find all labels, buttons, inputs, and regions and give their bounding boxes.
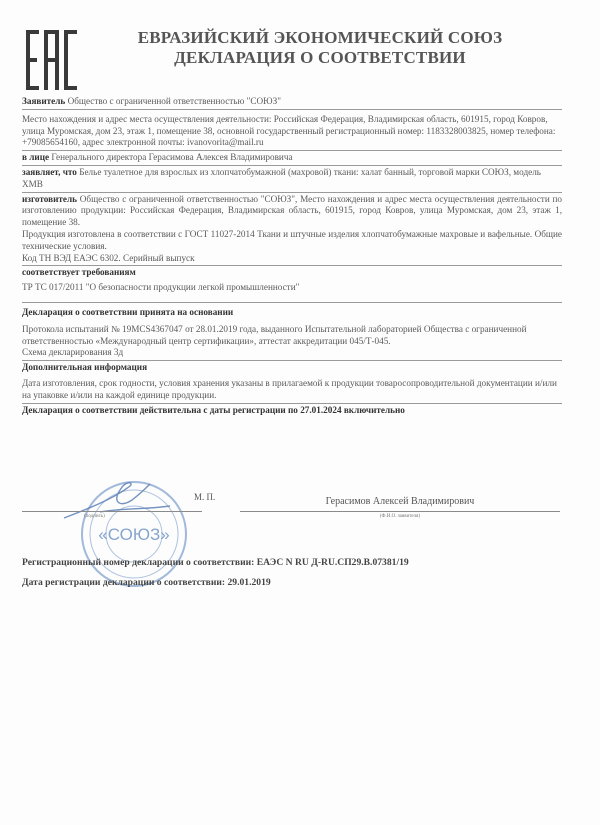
validity-row: Декларация о соответствии действительна … — [22, 404, 562, 418]
registration-date: Дата регистрации декларации о соответств… — [22, 577, 271, 588]
declaration-page: ЕВРАЗИЙСКИЙ ЭКОНОМИЧЕСКИЙ СОЮЗ ДЕКЛАРАЦИ… — [0, 0, 600, 825]
complies-value: ТР ТС 017/2011 "О безопасности продукции… — [22, 282, 299, 292]
additional-title-row: Дополнительная информация — [22, 361, 562, 375]
basis-title-row: Декларация о соответствии принята на осн… — [22, 303, 562, 320]
header-declaration: ДЕКЛАРАЦИЯ О СООТВЕТСТВИИ — [120, 48, 520, 68]
basis-title: Декларация о соответствии принята на осн… — [22, 307, 233, 317]
header-union: ЕВРАЗИЙСКИЙ ЭКОНОМИЧЕСКИЙ СОЮЗ — [120, 28, 520, 48]
signature-line — [22, 511, 202, 512]
handwritten-signature-icon — [60, 478, 180, 522]
manufacturer-standard: Продукция изготовлена в соответствии с Г… — [22, 229, 562, 253]
represented-value: Генерального директора Герасимова Алексе… — [51, 152, 292, 162]
basis-value: Протокола испытаний № 19MCS4367047 от 28… — [22, 324, 562, 348]
seal-place-label: М. П. — [194, 492, 215, 502]
represented-label: в лице — [22, 152, 49, 162]
applicant-address-row: Место нахождения и адрес места осуществл… — [22, 110, 562, 151]
basis-row: Протокола испытаний № 19MCS4367047 от 28… — [22, 320, 562, 361]
additional-title: Дополнительная информация — [22, 362, 147, 372]
signer-name-line — [240, 511, 560, 512]
validity-text: Декларация о соответствии действительна … — [22, 405, 405, 415]
declares-label: заявляет, что — [22, 167, 77, 177]
complies-title: соответствует требованиям — [22, 267, 136, 277]
manufacturer-value: Общество с ограниченной ответственностью… — [22, 194, 562, 228]
manufacturer-code: Код ТН ВЭД ЕАЭС 6302. Серийный выпуск — [22, 253, 562, 265]
signature-caption: (подпись) — [84, 514, 105, 519]
manufacturer-row: изготовитель Общество с ограниченной отв… — [22, 193, 562, 267]
document-header: ЕВРАЗИЙСКИЙ ЭКОНОМИЧЕСКИЙ СОЮЗ ДЕКЛАРАЦИ… — [120, 28, 520, 68]
applicant-address: Место нахождения и адрес места осуществл… — [22, 114, 555, 148]
additional-row: Дата изготовления, срок годности, услови… — [22, 375, 562, 404]
declares-value: Белье туалетное для взрослых из хлопчато… — [22, 167, 541, 189]
basis-scheme: Схема декларирования 3д — [22, 347, 562, 359]
complies-title-row: соответствует требованиям — [22, 266, 562, 280]
declares-row: заявляет, что Белье туалетное для взросл… — [22, 166, 562, 193]
additional-value: Дата изготовления, срок годности, услови… — [22, 378, 557, 400]
applicant-label: Заявитель — [22, 96, 65, 106]
registration-number: Регистрационный номер декларации о соотв… — [22, 557, 409, 568]
manufacturer-label: изготовитель — [22, 194, 77, 204]
applicant-row: Заявитель Общество с ограниченной ответс… — [22, 95, 562, 110]
signer-caption: (Ф.И.О. заявителя) — [240, 514, 560, 519]
applicant-value: Общество с ограниченной ответственностью… — [68, 96, 281, 106]
represented-row: в лице Генерального директора Герасимова… — [22, 151, 562, 166]
signer-name: Герасимов Алексей Владимирович — [240, 496, 560, 507]
complies-row: ТР ТС 017/2011 "О безопасности продукции… — [22, 280, 562, 303]
eac-mark-icon — [26, 30, 78, 90]
declaration-body: Заявитель Общество с ограниченной ответс… — [22, 95, 562, 417]
svg-text:«СОЮЗ»: «СОЮЗ» — [98, 525, 169, 544]
